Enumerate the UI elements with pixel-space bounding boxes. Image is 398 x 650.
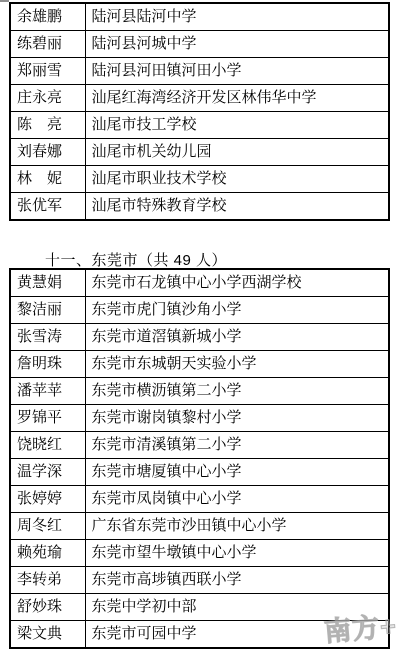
table-row: 张婷婷东莞市凤岗镇中心小学	[10, 486, 389, 513]
school-name: 汕尾市特殊教育学校	[85, 193, 389, 221]
school-name: 东莞市清溪镇第二小学	[85, 432, 389, 459]
table-row: 张优军汕尾市特殊教育学校	[10, 193, 389, 221]
person-name: 周冬红	[10, 513, 85, 540]
table-row: 舒妙珠东莞中学初中部	[10, 594, 389, 621]
table-row: 练碧丽陆河县河城中学	[10, 31, 389, 58]
table-row: 庄永亮汕尾红海湾经济开发区林伟华中学	[10, 85, 389, 112]
table-row: 饶晓红东莞市清溪镇第二小学	[10, 432, 389, 459]
person-name: 舒妙珠	[10, 594, 85, 621]
person-name: 饶晓红	[10, 432, 85, 459]
person-name: 余雄鹏	[10, 3, 85, 31]
table-row: 黎洁丽东莞市虎门镇沙角小学	[10, 297, 389, 324]
school-name: 东莞市可园中学	[85, 621, 389, 649]
table-row: 刘春娜汕尾市机关幼儿园	[10, 139, 389, 166]
person-name: 张雪涛	[10, 324, 85, 351]
school-name: 广东省东莞市沙田镇中心小学	[85, 513, 389, 540]
person-name: 庄永亮	[10, 85, 85, 112]
document-page: { "page": { "background": "#ffffff", "bo…	[0, 0, 398, 650]
school-name: 东莞市高埗镇西联小学	[85, 567, 389, 594]
school-name: 汕尾市机关幼儿园	[85, 139, 389, 166]
table-row: 梁文典东莞市可园中学	[10, 621, 389, 649]
school-name: 陆河县陆河中学	[85, 3, 389, 31]
table-row: 罗锦平东莞市谢岗镇黎村小学	[10, 405, 389, 432]
school-name: 东莞市望牛墩镇中心小学	[85, 540, 389, 567]
school-name: 汕尾市技工学校	[85, 112, 389, 139]
table-row: 李转弟东莞市高埗镇西联小学	[10, 567, 389, 594]
table-row: 潘苹苹东莞市横沥镇第二小学	[10, 378, 389, 405]
person-name: 郑丽雪	[10, 58, 85, 85]
school-name: 陆河县河田镇河田小学	[85, 58, 389, 85]
person-name: 林 妮	[10, 166, 85, 193]
table-row: 詹明珠东莞市东城朝天实验小学	[10, 351, 389, 378]
person-name: 黎洁丽	[10, 297, 85, 324]
table-row: 余雄鹏陆河县陆河中学	[10, 3, 389, 31]
person-name: 练碧丽	[10, 31, 85, 58]
table-row: 郑丽雪陆河县河田镇河田小学	[10, 58, 389, 85]
person-name: 李转弟	[10, 567, 85, 594]
school-name: 东莞市东城朝天实验小学	[85, 351, 389, 378]
person-name: 黄慧娟	[10, 269, 85, 297]
person-name: 詹明珠	[10, 351, 85, 378]
section-heading-dongguan: 十一、东莞市（共 49 人）	[45, 249, 227, 270]
table-row: 林 妮汕尾市职业技术学校	[10, 166, 389, 193]
school-name: 东莞市横沥镇第二小学	[85, 378, 389, 405]
school-name: 东莞市道滘镇新城小学	[85, 324, 389, 351]
person-name: 温学深	[10, 459, 85, 486]
table-row: 赖苑瑜东莞市望牛墩镇中心小学	[10, 540, 389, 567]
person-name: 张婷婷	[10, 486, 85, 513]
person-name: 梁文典	[10, 621, 85, 649]
school-name: 东莞市凤岗镇中心小学	[85, 486, 389, 513]
table-row: 黄慧娟东莞市石龙镇中心小学西湖学校	[10, 269, 389, 297]
school-name: 东莞市石龙镇中心小学西湖学校	[85, 269, 389, 297]
school-name: 东莞市谢岗镇黎村小学	[85, 405, 389, 432]
awardees-table-dongguan: 黄慧娟东莞市石龙镇中心小学西湖学校黎洁丽东莞市虎门镇沙角小学张雪涛东莞市道滘镇新…	[9, 268, 390, 649]
person-name: 陈 亮	[10, 112, 85, 139]
school-name: 东莞市塘厦镇中心小学	[85, 459, 389, 486]
person-name: 潘苹苹	[10, 378, 85, 405]
table-row: 陈 亮汕尾市技工学校	[10, 112, 389, 139]
school-name: 陆河县河城中学	[85, 31, 389, 58]
person-name: 赖苑瑜	[10, 540, 85, 567]
school-name: 东莞市虎门镇沙角小学	[85, 297, 389, 324]
awardees-table-shanwei: 余雄鹏陆河县陆河中学练碧丽陆河县河城中学郑丽雪陆河县河田镇河田小学庄永亮汕尾红海…	[9, 2, 390, 221]
cropped-border-fragment	[0, 0, 9, 2]
person-name: 张优军	[10, 193, 85, 221]
table-row: 温学深东莞市塘厦镇中心小学	[10, 459, 389, 486]
school-name: 汕尾红海湾经济开发区林伟华中学	[85, 85, 389, 112]
person-name: 罗锦平	[10, 405, 85, 432]
school-name: 汕尾市职业技术学校	[85, 166, 389, 193]
person-name: 刘春娜	[10, 139, 85, 166]
table-row: 张雪涛东莞市道滘镇新城小学	[10, 324, 389, 351]
school-name: 东莞中学初中部	[85, 594, 389, 621]
table-row: 周冬红广东省东莞市沙田镇中心小学	[10, 513, 389, 540]
